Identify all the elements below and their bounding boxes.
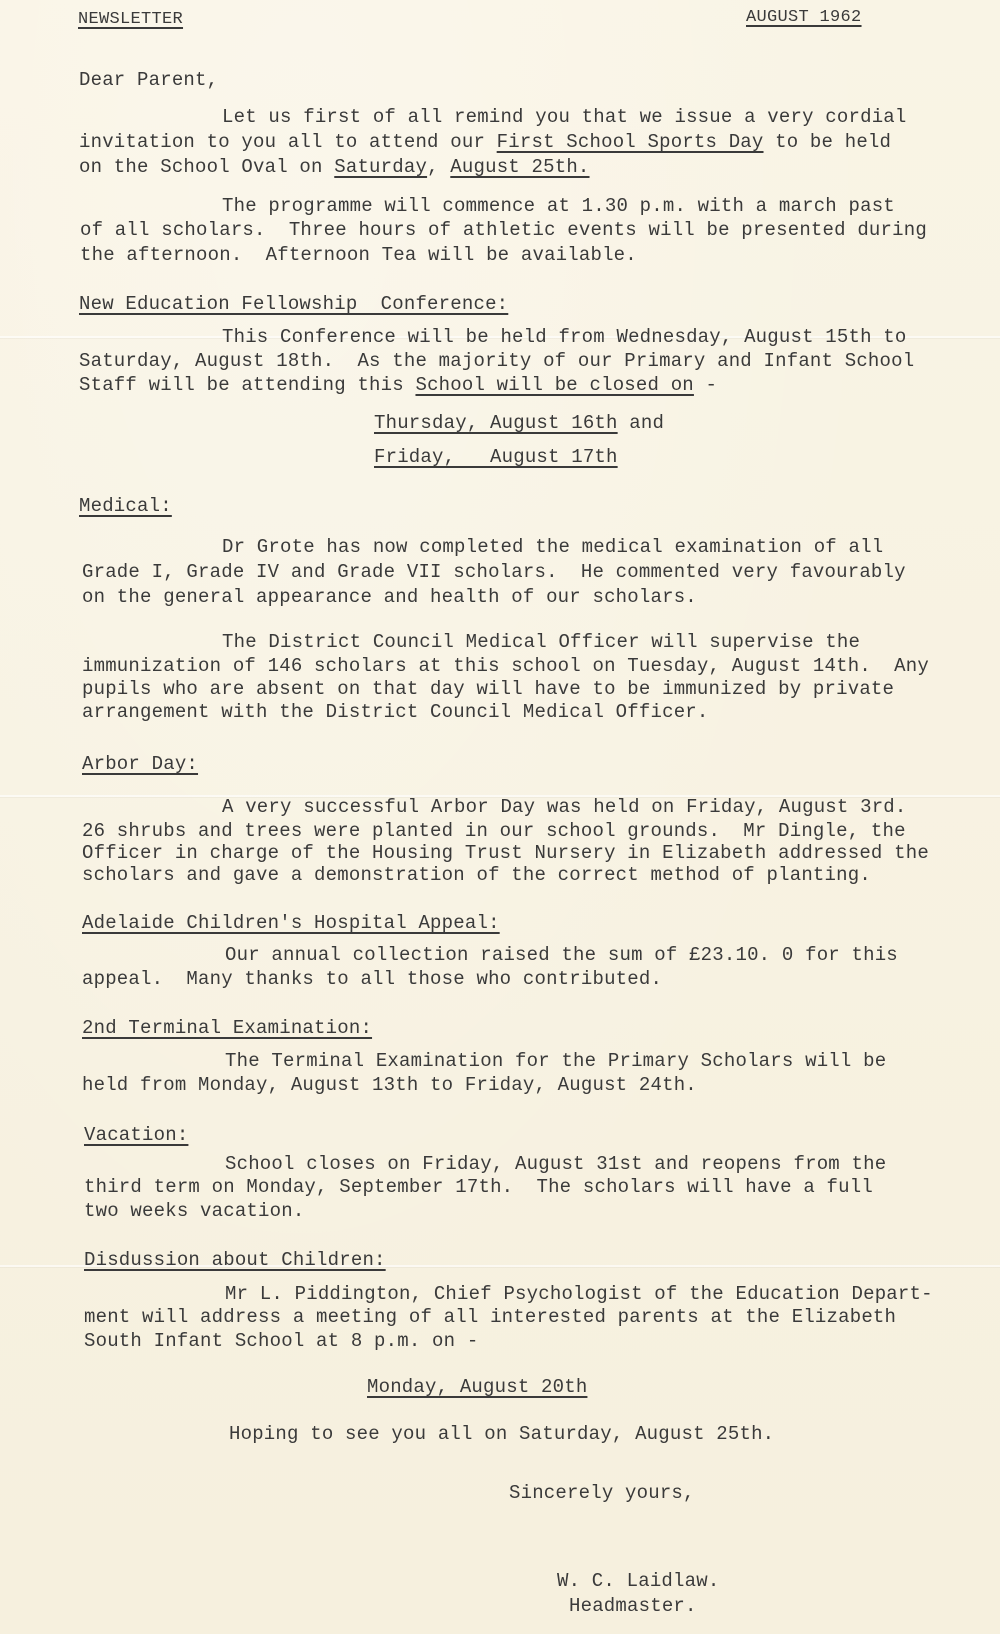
medical-line: on the general appearance and health of … <box>82 586 697 608</box>
signature-role: Headmaster. <box>569 1595 697 1617</box>
section-heading-medical: Medical: <box>79 495 172 517</box>
exam-line: The Terminal Examination for the Primary… <box>225 1050 886 1072</box>
text: Staff will be attending this <box>79 374 415 396</box>
closure-date-1: Thursday, August 16th and <box>374 412 664 434</box>
discussion-line: ment will address a meeting of all inter… <box>84 1306 896 1328</box>
signature-name: W. C. Laidlaw. <box>557 1570 719 1592</box>
arbor-line: A very successful Arbor Day was held on … <box>222 796 907 818</box>
saturday-emphasis: Saturday <box>334 156 427 178</box>
intro-line: of all scholars. Three hours of athletic… <box>80 219 927 241</box>
intro-line: on the School Oval on Saturday, August 2… <box>79 156 590 178</box>
august-25-emphasis: August 25th. <box>450 156 589 178</box>
hospital-line: Our annual collection raised the sum of … <box>225 944 898 966</box>
hospital-line: appeal. Many thanks to all those who con… <box>82 968 662 990</box>
medical-line: arrangement with the District Council Me… <box>82 701 709 723</box>
vacation-line: third term on Monday, September 17th. Th… <box>84 1176 873 1198</box>
text: and <box>618 412 664 434</box>
text: invitation to you all to attend our <box>79 131 497 153</box>
conference-line: This Conference will be held from Wednes… <box>222 326 907 348</box>
medical-line: Dr Grote has now completed the medical e… <box>222 536 883 558</box>
newsletter-date: AUGUST 1962 <box>746 7 862 29</box>
arbor-line: 26 shrubs and trees were planted in our … <box>82 820 906 842</box>
closure-date-2: Friday, August 17th <box>374 446 618 468</box>
school-closed-emphasis: School will be closed on <box>415 374 693 396</box>
newsletter-page: NEWSLETTER AUGUST 1962 Dear Parent, Let … <box>0 0 1000 1634</box>
text: , <box>427 156 450 178</box>
arbor-line: Officer in charge of the Housing Trust N… <box>82 842 929 864</box>
meeting-date: Monday, August 20th <box>367 1376 587 1398</box>
salutation: Dear Parent, <box>79 69 218 91</box>
section-heading-vacation: Vacation: <box>84 1124 188 1146</box>
discussion-line: South Infant School at 8 p.m. on - <box>84 1330 478 1352</box>
section-heading-conference: New Education Fellowship Conference: <box>79 293 508 315</box>
sports-day-emphasis: First School Sports Day <box>497 131 764 153</box>
text: to be held <box>764 131 892 153</box>
text: - <box>694 374 717 396</box>
text: on the School Oval on <box>79 156 334 178</box>
closure-date-text: Thursday, August 16th <box>374 412 618 434</box>
medical-line: pupils who are absent on that day will h… <box>82 678 894 700</box>
intro-line: the afternoon. Afternoon Tea will be ava… <box>80 244 637 266</box>
closing-hope: Hoping to see you all on Saturday, Augus… <box>229 1423 774 1445</box>
conference-line: Staff will be attending this School will… <box>79 374 717 396</box>
exam-line: held from Monday, August 13th to Friday,… <box>82 1074 697 1096</box>
arbor-line: scholars and gave a demonstration of the… <box>82 864 871 886</box>
section-heading-hospital-appeal: Adelaide Children's Hospital Appeal: <box>82 912 500 934</box>
section-heading-terminal-exam: 2nd Terminal Examination: <box>82 1017 372 1039</box>
newsletter-title: NEWSLETTER <box>78 9 183 31</box>
discussion-line: Mr L. Piddington, Chief Psychologist of … <box>225 1283 933 1305</box>
medical-line: immunization of 146 scholars at this sch… <box>82 655 929 677</box>
intro-line: The programme will commence at 1.30 p.m.… <box>222 195 895 217</box>
closing-signoff: Sincerely yours, <box>509 1482 695 1504</box>
medical-line: Grade I, Grade IV and Grade VII scholars… <box>82 561 906 583</box>
section-heading-discussion: Disdussion about Children: <box>84 1249 386 1271</box>
intro-line: Let us first of all remind you that we i… <box>222 106 907 128</box>
vacation-line: two weeks vacation. <box>84 1200 304 1222</box>
intro-line: invitation to you all to attend our Firs… <box>79 131 891 153</box>
conference-line: Saturday, August 18th. As the majority o… <box>79 350 914 372</box>
vacation-line: School closes on Friday, August 31st and… <box>225 1153 886 1175</box>
section-heading-arbor-day: Arbor Day: <box>82 753 198 775</box>
medical-line: The District Council Medical Officer wil… <box>222 631 860 653</box>
